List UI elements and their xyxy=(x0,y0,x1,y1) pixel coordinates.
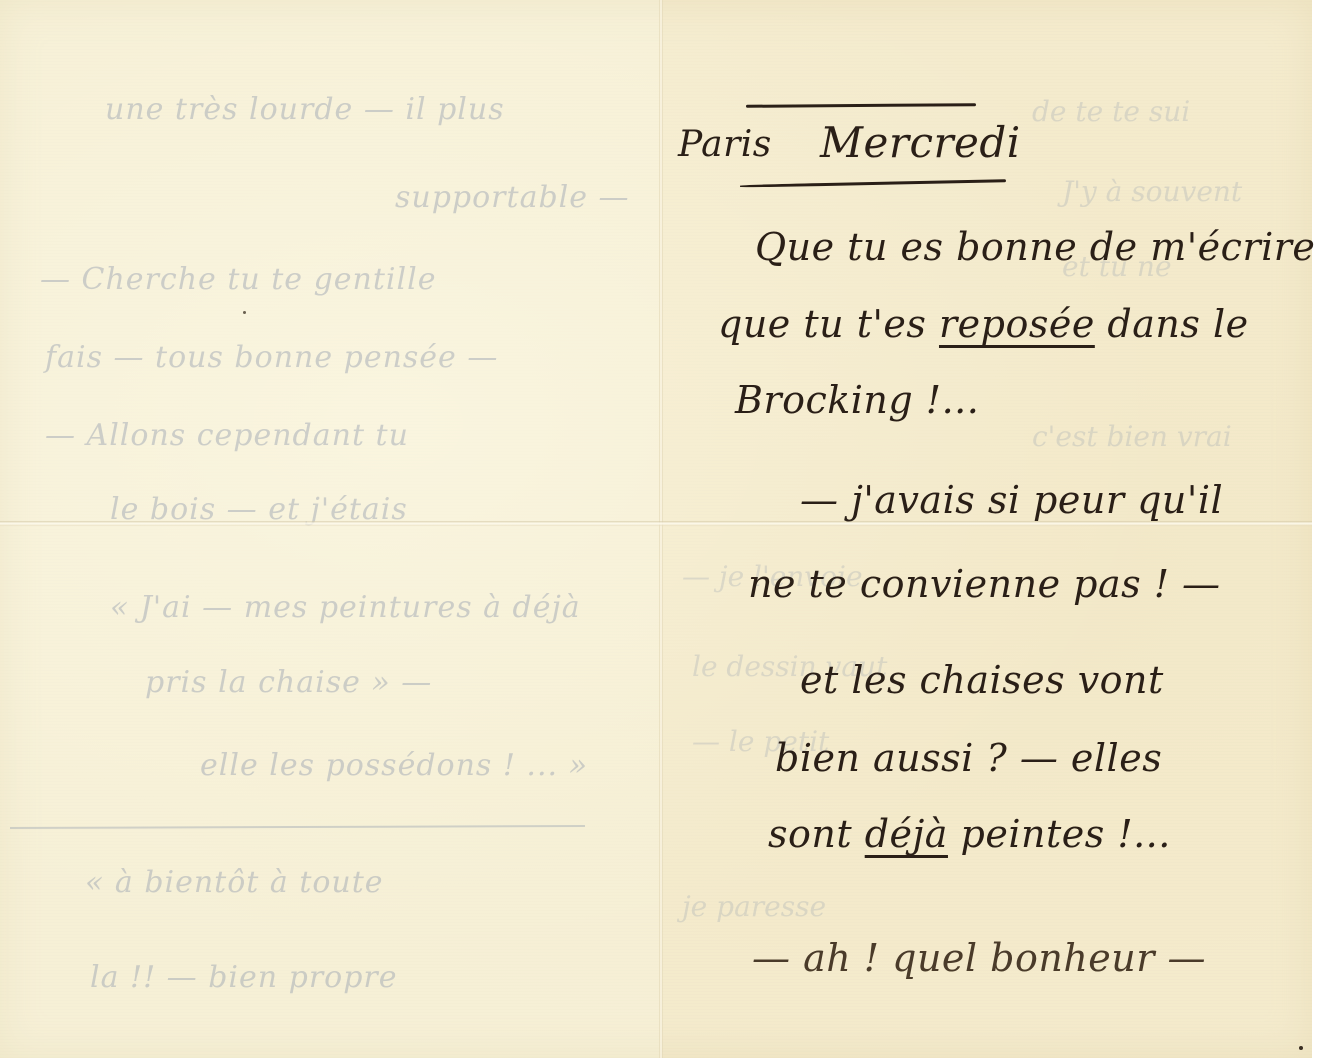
bleed-line: la !! — bien propre xyxy=(90,960,398,995)
heading-day: Mercredi xyxy=(820,118,1021,167)
letter-sheet: une très lourde — il plus supportable — … xyxy=(0,0,1312,1058)
letter-line: bien aussi ? — elles xyxy=(775,736,1162,780)
bleed-line: J'y à souvent xyxy=(1062,175,1242,208)
bleed-line: supportable — xyxy=(395,180,630,215)
letter-line: que tu t'es reposée dans le xyxy=(718,302,1249,346)
letter-line: Brocking !... xyxy=(735,378,979,422)
vertical-fold-crease xyxy=(659,0,663,1058)
left-page: une très lourde — il plus supportable — … xyxy=(0,0,660,1058)
bleed-line: « à bientôt à toute xyxy=(85,865,384,900)
bleed-line: une très lourde — il plus xyxy=(105,92,505,127)
letter-line: sont déjà peintes !... xyxy=(768,812,1171,856)
paper-speck xyxy=(243,311,246,314)
letter-line: et les chaises vont xyxy=(800,658,1164,702)
bleed-line: c'est bien vrai xyxy=(1032,420,1232,453)
bleed-line: — Cherche tu te gentille xyxy=(40,262,436,297)
letter-line-part: sont xyxy=(768,812,865,856)
bleed-divider-rule xyxy=(10,825,585,829)
letter-line-part: que tu t'es xyxy=(718,302,939,346)
letter-line: Que tu es bonne de m'écrire xyxy=(755,225,1315,269)
bleed-line: — Allons cependant tu xyxy=(45,418,409,453)
bleed-line: « J'ai — mes peintures à déjà xyxy=(110,590,581,625)
letter-line-part: dans le xyxy=(1095,302,1249,346)
bleed-line: elle les possédons ! ... » xyxy=(200,748,588,783)
underlined-word-reposee: reposée xyxy=(939,302,1095,346)
heading-place: Paris xyxy=(678,124,772,165)
bleed-line: je paresse xyxy=(682,890,826,923)
underlined-word-deja: déjà xyxy=(865,812,948,856)
bleed-line: de te te sui xyxy=(1032,95,1190,128)
letter-line: — j'avais si peur qu'il xyxy=(800,478,1223,522)
bleed-line: fais — tous bonne pensée — xyxy=(45,340,498,375)
letter-line: — ah ! quel bonheur — xyxy=(752,936,1206,980)
letter-line: ne te convienne pas ! — xyxy=(748,562,1221,606)
bleed-line: pris la chaise » — xyxy=(145,665,432,700)
ink-speck xyxy=(1299,1046,1303,1050)
letter-line-part: peintes !... xyxy=(948,812,1171,856)
